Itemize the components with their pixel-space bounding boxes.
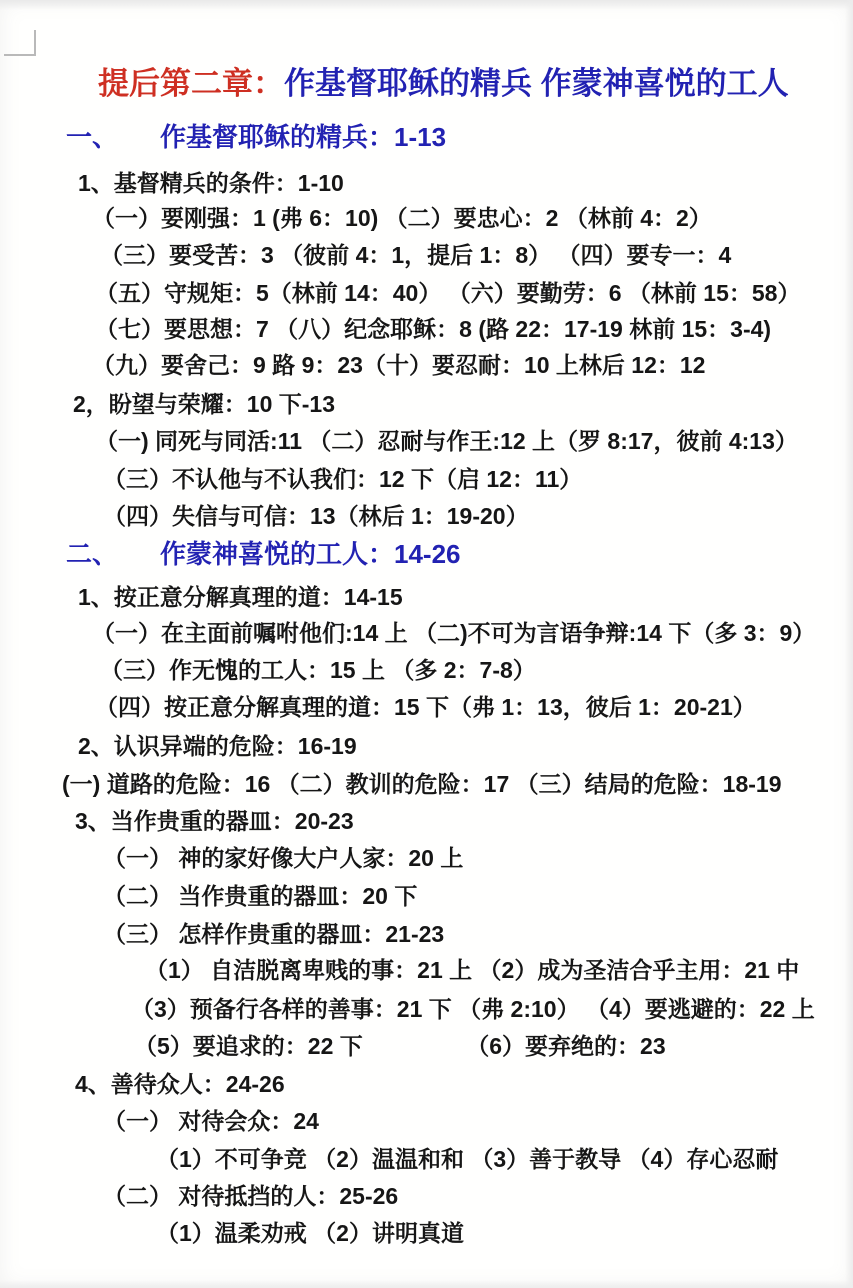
chapter-label: 提后第二章： — [98, 66, 284, 101]
outline-line: （九）要舍己：9 路 9：23（十）要忍耐：10 上林后 12：12 — [92, 352, 705, 378]
page-title: 提后第二章：作基督耶稣的精兵 作蒙神喜悦的工人 — [98, 66, 789, 102]
outline-line: （一）在主面前嘱咐他们:14 上 （二)不可为言语争辩:14 下（多 3：9） — [92, 620, 815, 646]
section-2-title: 作蒙神喜悦的工人：14-26 — [160, 539, 461, 569]
outline-line: （二） 对待抵挡的人：25-26 — [103, 1183, 398, 1209]
outline-line: 1、基督精兵的条件：1-10 — [78, 170, 344, 196]
page-corner-mark — [4, 30, 36, 56]
outline-line: （四）按正意分解真理的道：15 下（弗 1：13，彼后 1：20-21） — [95, 694, 756, 720]
document-page: 提后第二章：作基督耶稣的精兵 作蒙神喜悦的工人 一、作基督耶稣的精兵：1-13 … — [0, 0, 853, 1288]
outline-line: 3、当作贵重的器皿：20-23 — [75, 808, 354, 834]
page-edge-shade-right — [845, 0, 853, 1288]
section-1-title: 作基督耶稣的精兵：1-13 — [160, 122, 446, 152]
outline-line: （3）预备行各样的善事：21 下 （弗 2:10） （4）要逃避的：22 上 — [131, 996, 815, 1022]
outline-line: （1） 自洁脱离卑贱的事：21 上 （2）成为圣洁合乎主用：21 中 — [145, 957, 799, 983]
outline-line: （三） 怎样作贵重的器皿：21-23 — [103, 921, 444, 947]
outline-line: （1）不可争竞 （2）温温和和 （3）善于教导 （4）存心忍耐 — [156, 1146, 778, 1172]
outline-line: （三）要受苦：3 （彼前 4：1，提后 1：8） （四）要专一：4 — [100, 242, 731, 268]
outline-line: 2、认识异端的危险：16-19 — [78, 733, 357, 759]
outline-line: （1）温柔劝戒 （2）讲明真道 — [156, 1220, 464, 1246]
section-heading-1: 一、作基督耶稣的精兵：1-13 — [66, 123, 446, 152]
outline-line: 4、善待众人：24-26 — [75, 1071, 285, 1097]
outline-line: 2，盼望与荣耀：10 下-13 — [73, 391, 335, 417]
outline-line: 1、按正意分解真理的道：14-15 — [78, 584, 403, 610]
outline-line: （七）要思想：7 （八）纪念耶稣：8 (路 22：17-19 林前 15：3-4… — [95, 316, 771, 342]
page-edge-shade-bottom — [0, 1280, 853, 1288]
outline-line: （一) 同死与同活:11 （二）忍耐与作王:12 上（罗 8:17，彼前 4:1… — [95, 428, 798, 454]
title-subject: 作基督耶稣的精兵 作蒙神喜悦的工人 — [284, 66, 789, 101]
outline-line: （三）作无愧的工人：15 上 （多 2：7-8） — [100, 657, 536, 683]
section-heading-2: 二、作蒙神喜悦的工人：14-26 — [66, 540, 461, 569]
outline-line: （5）要追求的：22 下 （6）要弃绝的：23 — [134, 1033, 666, 1059]
outline-line: （五）守规矩：5（林前 14：40） （六）要勤劳：6 （林前 15：58） — [95, 280, 800, 306]
section-1-number: 一、 — [66, 123, 160, 152]
outline-line: (一) 道路的危险：16 （二）教训的危险：17 （三）结局的危险：18-19 — [62, 771, 781, 797]
outline-line: （一） 对待会众：24 — [103, 1108, 319, 1134]
outline-line: （二） 当作贵重的器皿：20 下 — [103, 883, 417, 909]
outline-line: （四）失信与可信：13（林后 1：19-20） — [103, 503, 529, 529]
outline-line: （一） 神的家好像大户人家：20 上 — [103, 845, 463, 871]
outline-line: （一）要刚强：1 (弗 6：10) （二）要忠心：2 （林前 4：2） — [92, 205, 712, 231]
outline-line: （三）不认他与不认我们：12 下（启 12：11） — [103, 466, 582, 492]
section-2-number: 二、 — [66, 540, 160, 569]
page-edge-shade-top — [0, 0, 853, 10]
